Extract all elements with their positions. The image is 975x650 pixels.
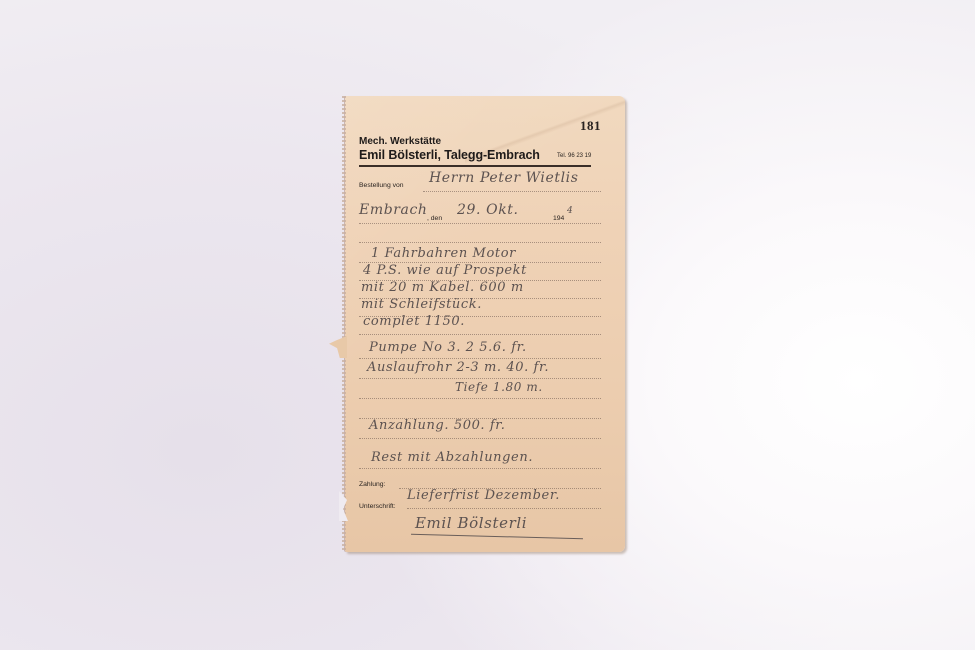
label-payment: Zahlung: xyxy=(359,481,385,488)
down-payment: Anzahlung. 500. fr. xyxy=(369,418,505,433)
rule xyxy=(359,438,601,439)
rule xyxy=(359,378,601,379)
order-line-3: mit 20 m Kabel. 600 m xyxy=(361,280,524,295)
delivery-note: Lieferfrist Dezember. xyxy=(407,488,560,503)
order-line-2: 4 P.S. wie auf Prospekt xyxy=(363,263,527,278)
date: 29. Okt. xyxy=(457,202,519,218)
rule xyxy=(407,508,601,509)
customer-name: Herrn Peter Wietlis xyxy=(429,170,579,186)
order-line-8: Tiefe 1.80 m. xyxy=(455,380,543,394)
rule xyxy=(423,191,601,192)
rule xyxy=(359,242,601,243)
year-suffix: 4 xyxy=(567,206,573,216)
signature-underline xyxy=(411,534,583,540)
label-date-sep: , den xyxy=(427,215,442,222)
signature: Emil Bölsterli xyxy=(415,514,527,532)
rule xyxy=(359,468,601,469)
rule xyxy=(359,334,601,335)
letterhead-telephone: Tel. 96 23 19 xyxy=(557,153,591,159)
order-line-1: 1 Fahrbahren Motor xyxy=(371,246,516,261)
order-form-paper: 181 Mech. Werkstätte Emil Bölsterli, Tal… xyxy=(345,96,625,552)
torn-edge xyxy=(329,336,347,358)
torn-notch xyxy=(339,491,349,521)
place: Embrach xyxy=(359,202,428,218)
rule xyxy=(359,223,601,224)
label-year-prefix: 194 xyxy=(553,215,564,222)
rule xyxy=(359,358,601,359)
remainder-note: Rest mit Abzahlungen. xyxy=(371,450,533,465)
rule xyxy=(359,398,601,399)
order-line-4: mit Schleifstück. xyxy=(361,297,482,312)
order-line-6: Pumpe No 3. 2 5.6. fr. xyxy=(369,340,527,355)
header-rule xyxy=(359,165,591,167)
form-number: 181 xyxy=(580,118,601,134)
letterhead-line1: Mech. Werkstätte xyxy=(359,136,441,147)
label-ordered-by: Bestellung von xyxy=(359,182,404,189)
label-signature: Unterschrift: xyxy=(359,503,396,510)
letterhead-company-name: Emil Bölsterli, Talegg-Embrach xyxy=(359,148,540,162)
order-line-5: complet 1150. xyxy=(363,314,465,329)
order-line-7: Auslaufrohr 2-3 m. 40. fr. xyxy=(367,360,549,375)
